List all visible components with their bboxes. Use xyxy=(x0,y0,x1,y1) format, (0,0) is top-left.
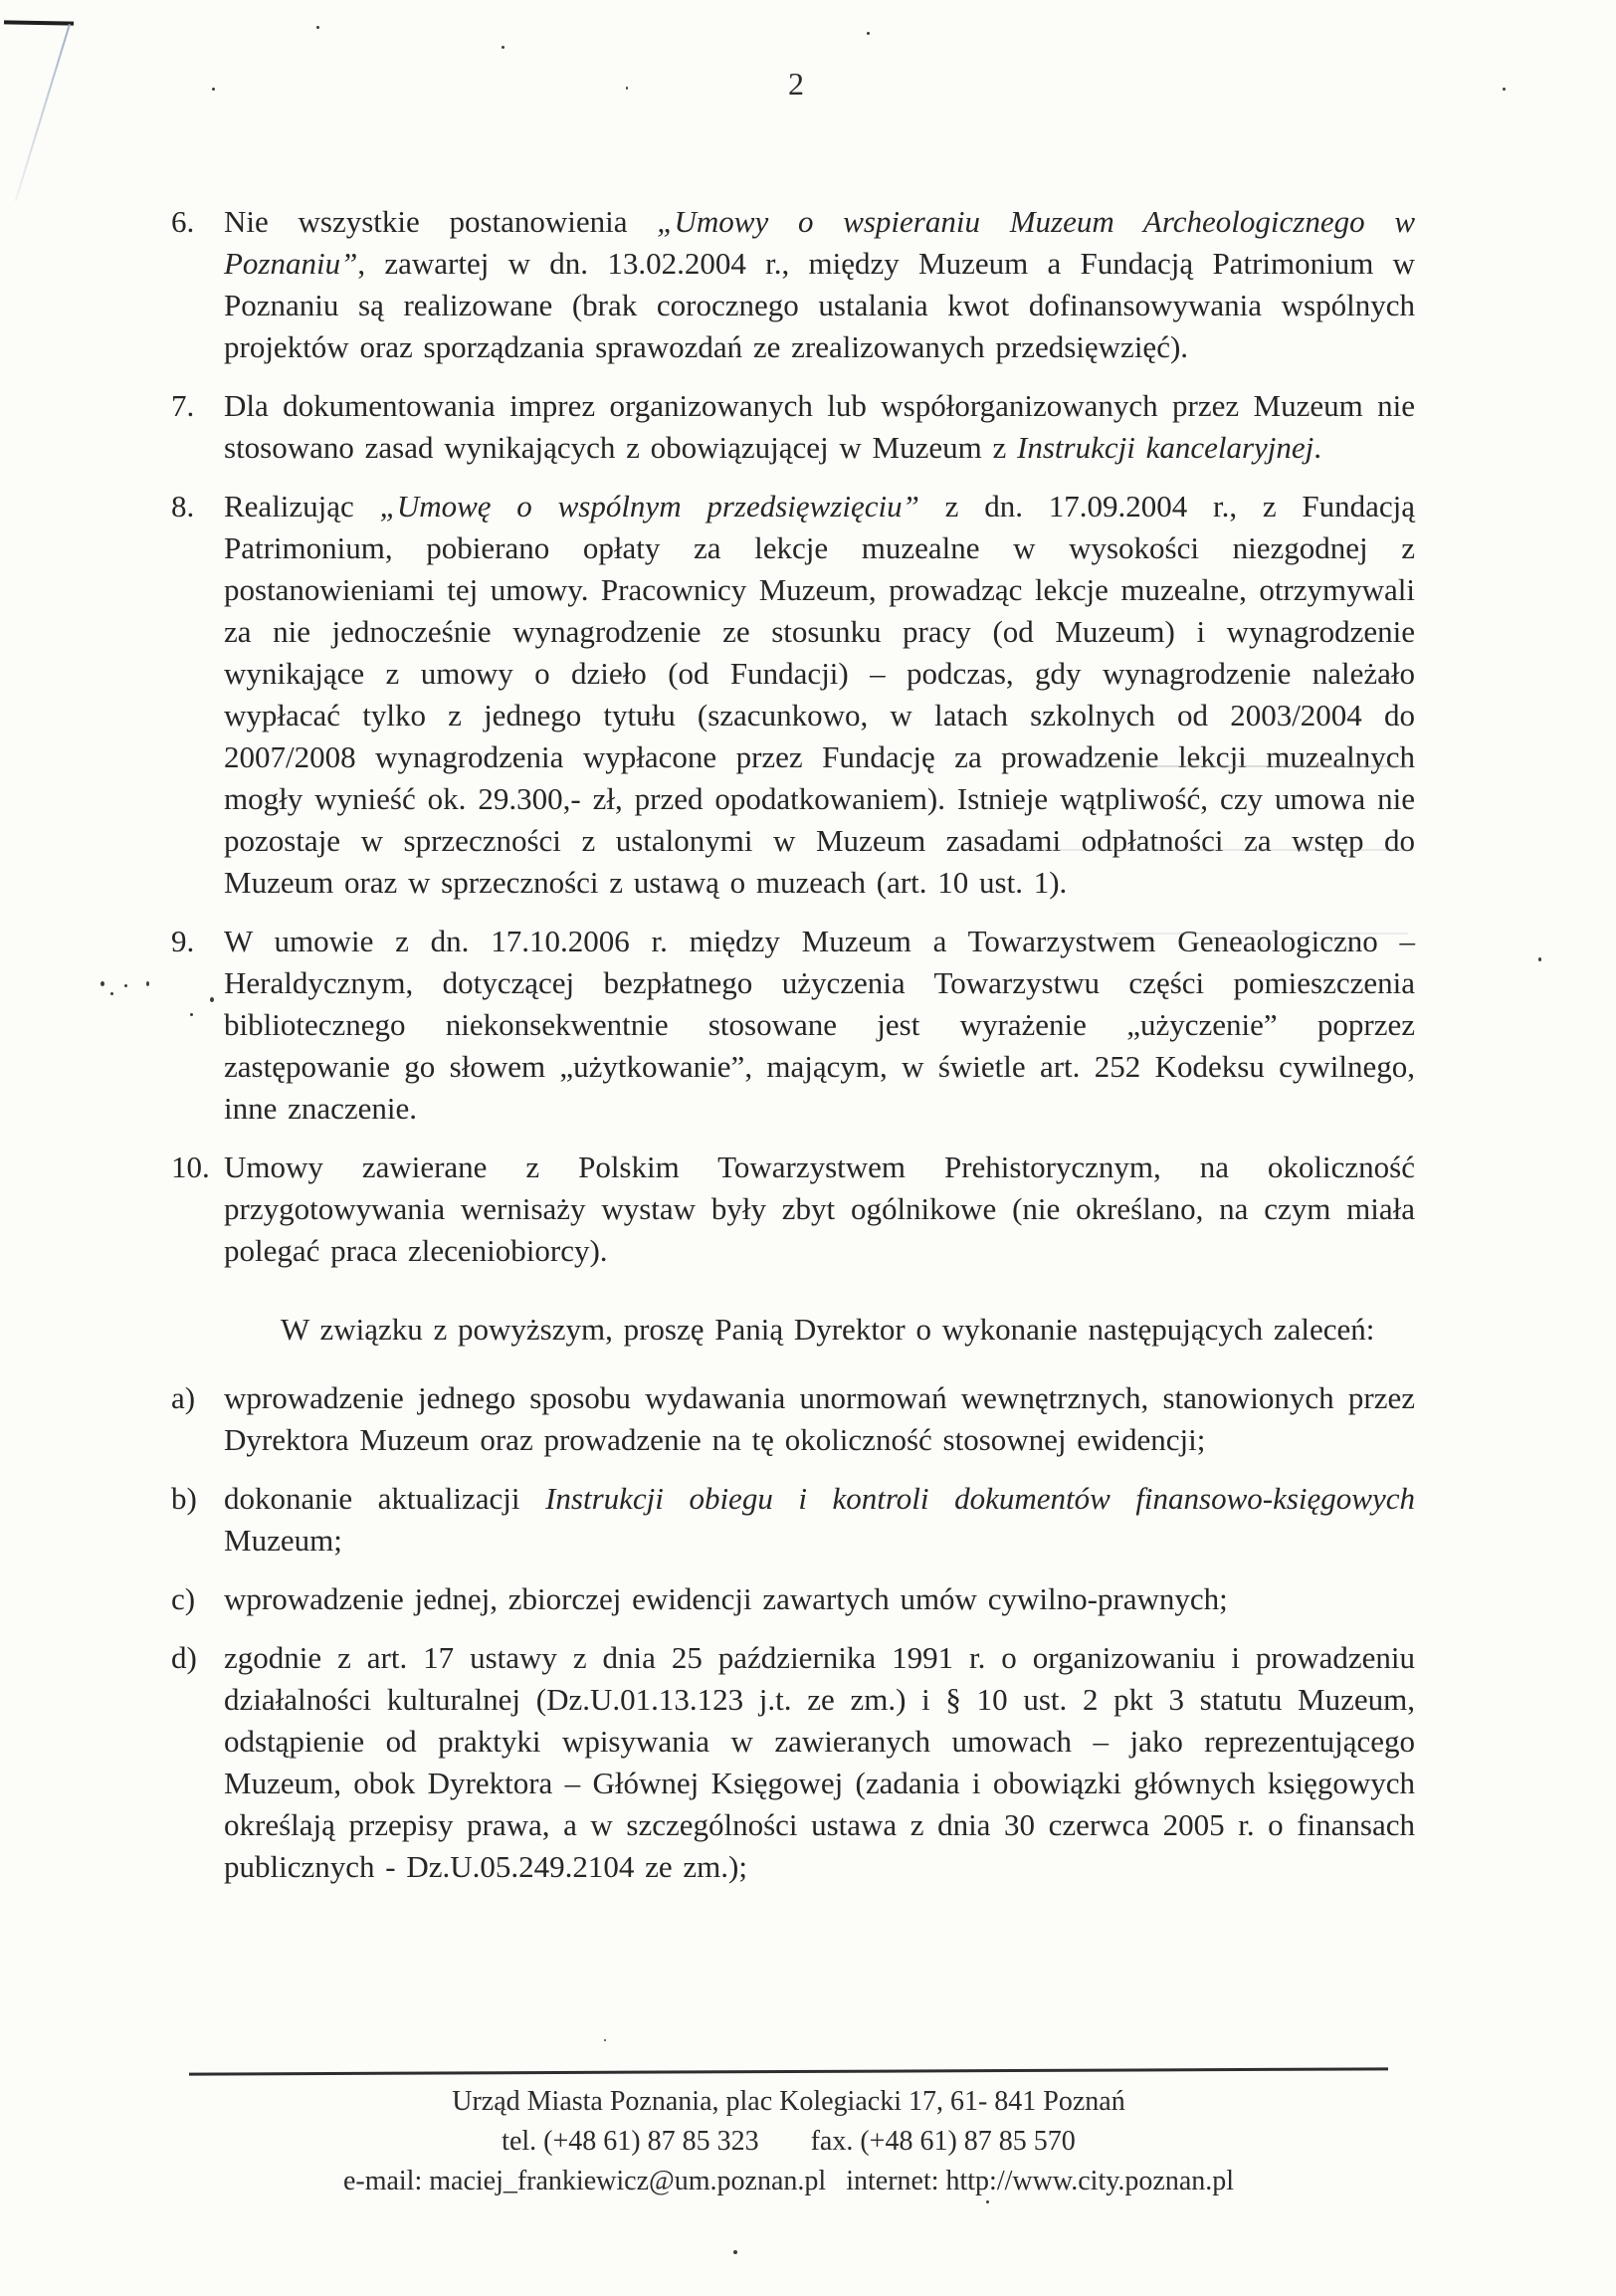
text-run: . xyxy=(1313,430,1321,465)
scan-speck xyxy=(146,981,149,986)
item-marker: b) xyxy=(171,1478,224,1562)
text-run: Umowy zawierane z Polskim Towarzystwem P… xyxy=(224,1149,1415,1268)
text-run-italic: Instrukcji obiegu i kontroli dokumentów … xyxy=(545,1481,1415,1516)
letterhead-footer: Urząd Miasta Poznania, plac Kolegiacki 1… xyxy=(189,2070,1388,2201)
scan-speck xyxy=(110,992,113,995)
scan-artifact-corner-line xyxy=(4,20,74,25)
item-text: Realizując „Umowę o wspólnym przedsięwzi… xyxy=(224,486,1415,904)
closing-request-paragraph: W związku z powyższym, proszę Panią Dyre… xyxy=(224,1309,1415,1351)
text-run: Realizując xyxy=(224,489,380,523)
text-run: , zawartej w dn. 13.02.2004 r., między M… xyxy=(224,246,1415,364)
text-run: wprowadzenie jednej, zbiorczej ewidencji… xyxy=(224,1581,1228,1616)
scan-speck xyxy=(101,981,104,986)
scanned-document-page: 2 6. Nie wszystkie postanowienia „Umowy … xyxy=(0,0,1616,2296)
item-text: wprowadzenie jednego sposobu wydawania u… xyxy=(224,1377,1415,1461)
scan-speck xyxy=(986,2200,989,2203)
recommendation-d: d) zgodnie z art. 17 ustawy z dnia 25 pa… xyxy=(171,1637,1415,1888)
footer-internet: internet: http://www.city.poznan.pl xyxy=(846,2166,1234,2196)
text-run: z dn. 17.09.2004 r., z Fundacją Patrimon… xyxy=(224,489,1415,900)
recommendation-b: b) dokonanie aktualizacji Instrukcji obi… xyxy=(171,1478,1415,1562)
item-text: Umowy zawierane z Polskim Towarzystwem P… xyxy=(224,1147,1415,1272)
item-text: wprowadzenie jednej, zbiorczej ewidencji… xyxy=(224,1578,1415,1620)
scan-speck xyxy=(733,2250,737,2254)
footer-contact-line: tel. (+48 61) 87 85 323fax. (+48 61) 87 … xyxy=(189,2122,1388,2162)
text-run: Nie wszystkie postanowienia xyxy=(224,204,657,239)
recommendation-c: c) wprowadzenie jednej, zbiorczej ewiden… xyxy=(171,1578,1415,1620)
scan-speck xyxy=(190,1013,193,1016)
scan-speck xyxy=(210,997,214,1002)
item-text: dokonanie aktualizacji Instrukcji obiegu… xyxy=(224,1478,1415,1562)
footer-fax: fax. (+48 61) 87 85 570 xyxy=(811,2126,1076,2157)
item-marker: 7. xyxy=(171,385,224,469)
item-text: Nie wszystkie postanowienia „Umowy o wsp… xyxy=(224,201,1415,368)
item-marker: 10. xyxy=(171,1147,224,1272)
scan-streak xyxy=(995,849,1413,851)
finding-item-8: 8. Realizując „Umowę o wspólnym przedsię… xyxy=(171,486,1415,904)
item-marker: 9. xyxy=(171,921,224,1130)
text-run: wprowadzenie jednego sposobu wydawania u… xyxy=(224,1380,1415,1457)
finding-item-10: 10. Umowy zawierane z Polskim Towarzystw… xyxy=(171,1147,1415,1272)
scan-speck xyxy=(604,2039,606,2041)
footer-address: Urząd Miasta Poznania, plac Kolegiacki 1… xyxy=(189,2082,1388,2122)
item-marker: a) xyxy=(171,1377,224,1461)
document-body: 6. Nie wszystkie postanowienia „Umowy o … xyxy=(171,201,1415,1905)
footer-divider xyxy=(189,2067,1388,2075)
scan-artifact-corner-fold xyxy=(15,24,71,201)
recommendation-a: a) wprowadzenie jednego sposobu wydawani… xyxy=(171,1377,1415,1461)
footer-email: e-mail: maciej_frankiewicz@um.poznan.pl xyxy=(343,2162,826,2201)
scan-speck xyxy=(124,984,127,987)
item-marker: 8. xyxy=(171,486,224,904)
finding-item-9: 9. W umowie z dn. 17.10.2006 r. między M… xyxy=(171,921,1415,1130)
finding-item-7: 7. Dla dokumentowania imprez organizowan… xyxy=(171,385,1415,469)
item-marker: 6. xyxy=(171,201,224,368)
scan-speck xyxy=(626,87,628,90)
item-marker: d) xyxy=(171,1637,224,1888)
scan-speck xyxy=(1503,88,1506,91)
item-text: Dla dokumentowania imprez organizowanych… xyxy=(224,385,1415,469)
footer-telephone: tel. (+48 61) 87 85 323 xyxy=(502,2122,758,2162)
text-run: dokonanie aktualizacji xyxy=(224,1481,545,1516)
footer-web-line: e-mail: maciej_frankiewicz@um.poznan.pli… xyxy=(189,2162,1388,2201)
scan-speck xyxy=(502,46,505,49)
scan-speck xyxy=(867,32,870,35)
text-run-italic: Instrukcji kancelaryjnej xyxy=(1017,430,1313,465)
finding-item-6: 6. Nie wszystkie postanowienia „Umowy o … xyxy=(171,201,1415,368)
scan-streak xyxy=(1080,765,1408,767)
scan-speck xyxy=(212,88,215,91)
scan-speck xyxy=(316,26,319,29)
item-marker: c) xyxy=(171,1578,224,1620)
text-run: zgodnie z art. 17 ustawy z dnia 25 paźdz… xyxy=(224,1640,1415,1884)
item-text: W umowie z dn. 17.10.2006 r. między Muze… xyxy=(224,921,1415,1130)
item-text: zgodnie z art. 17 ustawy z dnia 25 paźdz… xyxy=(224,1637,1415,1888)
scan-speck xyxy=(1538,957,1541,961)
text-run: W umowie z dn. 17.10.2006 r. między Muze… xyxy=(224,924,1415,1126)
text-run-italic: „Umowę o wspólnym przedsięwzięciu” xyxy=(380,489,919,523)
scan-streak xyxy=(1114,933,1408,935)
page-number: 2 xyxy=(0,66,1592,103)
text-run: Muzeum; xyxy=(224,1523,342,1558)
